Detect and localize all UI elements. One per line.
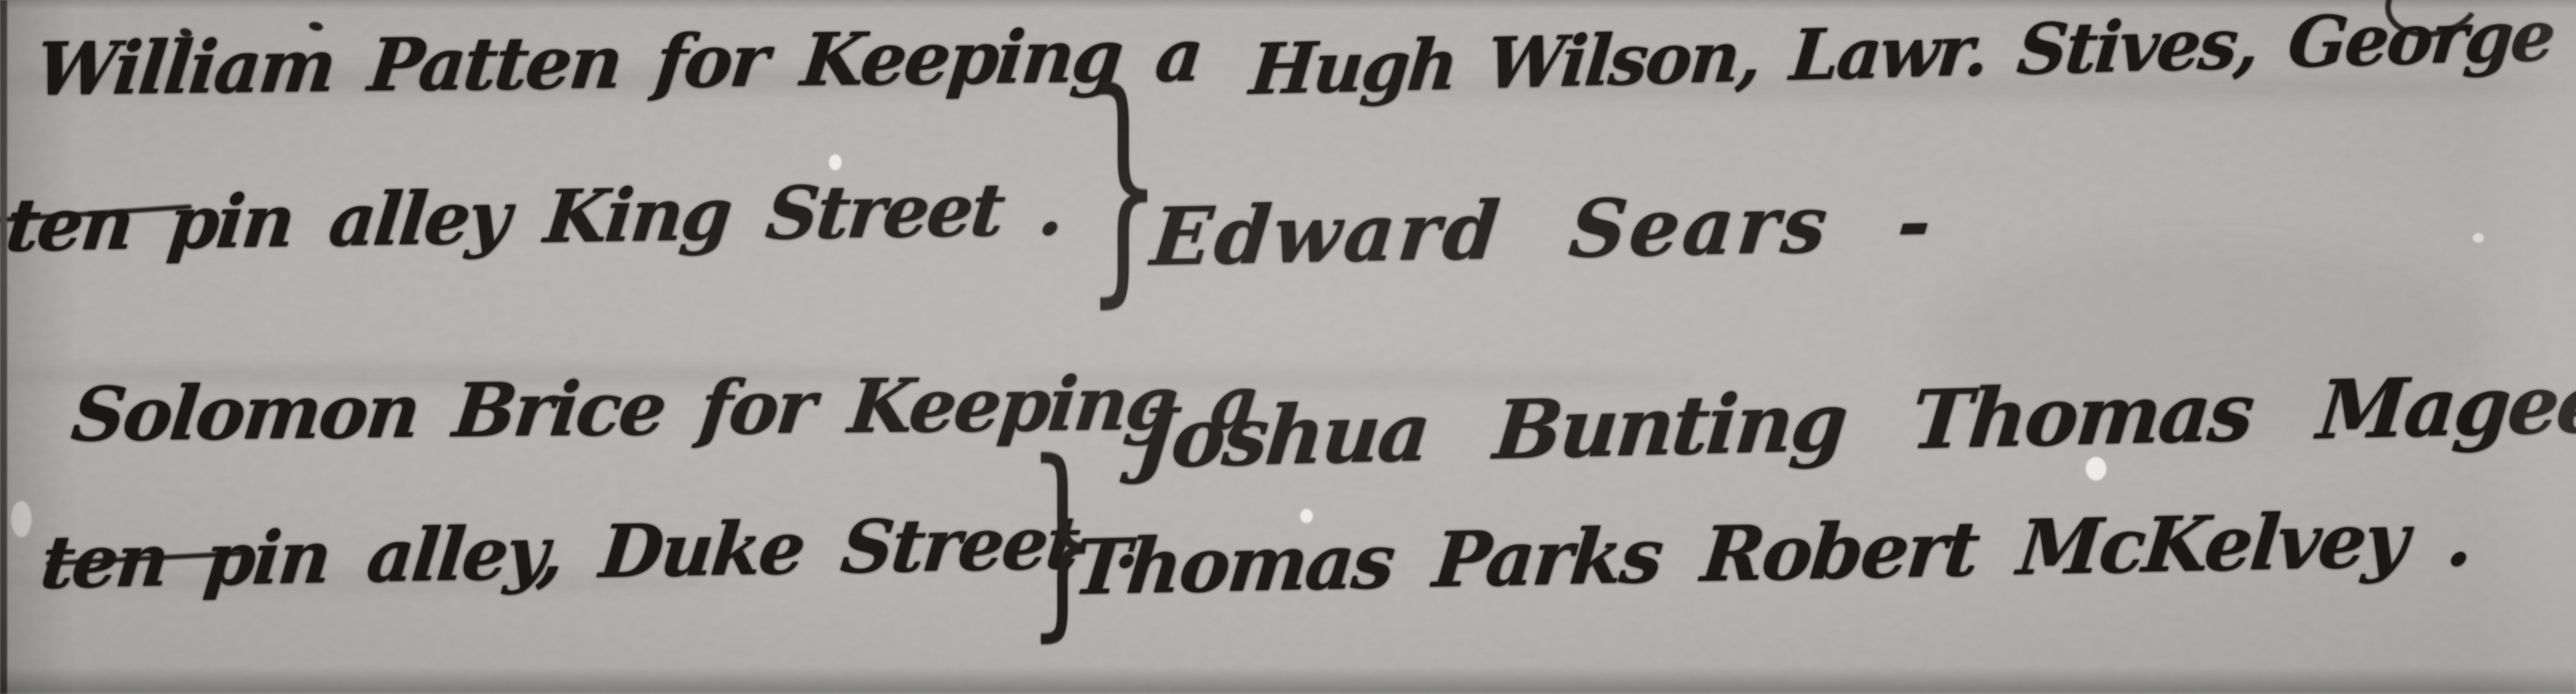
entry-description-line: William Patten for Keeping a <box>32 13 1206 112</box>
scan-edge-left <box>0 0 7 694</box>
manuscript-page: William Patten for Keeping a ten pin all… <box>0 0 2576 694</box>
paper-fleck <box>829 154 842 170</box>
entry-description-line: ten pin alley King Street . <box>2 166 1066 268</box>
paper-fleck <box>11 501 32 537</box>
paper-fleck <box>2473 233 2484 243</box>
scan-edge-bottom <box>0 667 2576 694</box>
scan-edge-top <box>0 0 2576 9</box>
entry-names-line: Joshua Bunting Thomas Magee <box>1132 356 2576 487</box>
entry-description-line: ten pin alley, Duke Street . <box>37 499 1143 605</box>
entry-names-line: Hugh Wilson, Lawr. Stives, George Sears <box>1247 0 2576 110</box>
entry-names-line: Thomas Parks Robert McKelvey . <box>1069 494 2475 612</box>
entry-names-line: Edward Sears - <box>1147 176 1939 284</box>
